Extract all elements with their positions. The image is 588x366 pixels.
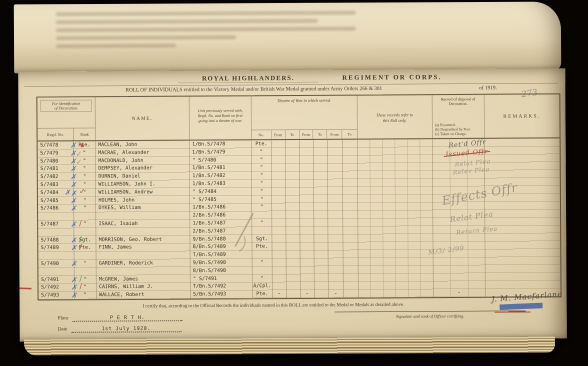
bleedthrough-line (56, 11, 356, 17)
bleedthrough-line (56, 44, 176, 49)
place-label: Place (58, 315, 69, 321)
medal-roll-page: ROYAL HIGHLANDERS. REGIMENT OR CORPS. RO… (18, 68, 567, 341)
book-page-edges (24, 337, 555, 356)
pencil-marks (18, 68, 567, 341)
bleedthrough-line (56, 19, 318, 24)
book-photo: ROYAL HIGHLANDERS. REGIMENT OR CORPS. RO… (0, 0, 588, 366)
date-value: 1st July 1920. (71, 326, 181, 333)
bleedthrough-line (56, 27, 356, 33)
date-label: Date (58, 326, 67, 332)
place-row: PlaceP E R T H. (58, 315, 183, 322)
place-value: P E R T H. (72, 315, 182, 322)
page-content: ROYAL HIGHLANDERS. REGIMENT OR CORPS. RO… (18, 68, 567, 341)
bleedthrough-line (56, 35, 236, 40)
date-row: Date1st July 1920. (58, 326, 181, 333)
previous-page (14, 2, 561, 74)
